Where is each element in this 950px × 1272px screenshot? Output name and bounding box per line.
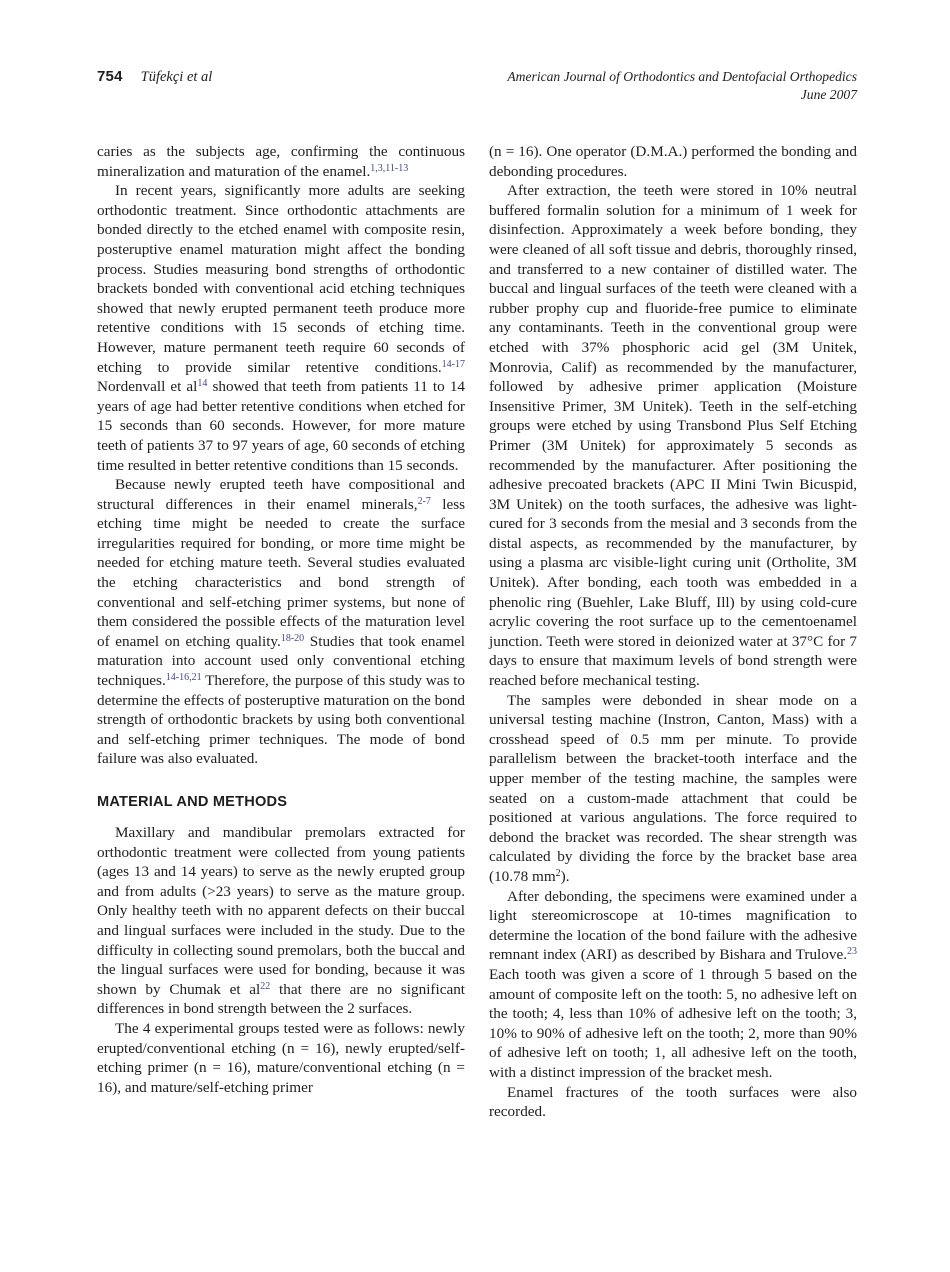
paragraph: In recent years, significantly more adul… bbox=[97, 181, 465, 475]
running-head-left: 754 Tüfekçi et al bbox=[97, 68, 212, 86]
page-number: 754 bbox=[97, 68, 123, 85]
superscript: 2 bbox=[556, 868, 561, 879]
paragraph: (n = 16). One operator (D.M.A.) performe… bbox=[489, 142, 857, 181]
column-right: (n = 16). One operator (D.M.A.) performe… bbox=[489, 142, 857, 1122]
paragraph: The 4 experimental groups tested were as… bbox=[97, 1019, 465, 1097]
section-heading: MATERIAL AND METHODS bbox=[97, 794, 465, 810]
paragraph: Maxillary and mandibular premolars extra… bbox=[97, 823, 465, 1019]
journal-page: 754 Tüfekçi et al American Journal of Or… bbox=[0, 0, 950, 1272]
running-head-right: American Journal of Orthodontics and Den… bbox=[507, 68, 857, 103]
citation-link[interactable]: 18-20 bbox=[281, 633, 304, 644]
issue-date: June 2007 bbox=[507, 86, 857, 104]
column-left: caries as the subjects age, confirming t… bbox=[97, 142, 465, 1122]
citation-link[interactable]: 2-7 bbox=[418, 496, 431, 507]
citation-link[interactable]: 23 bbox=[847, 946, 857, 957]
paragraph: After extraction, the teeth were stored … bbox=[489, 181, 857, 690]
paragraph: Because newly erupted teeth have composi… bbox=[97, 475, 465, 769]
paragraph: Enamel fractures of the tooth surfaces w… bbox=[489, 1083, 857, 1122]
citation-link[interactable]: 1,3,11-13 bbox=[370, 163, 408, 174]
paragraph: The samples were debonded in shear mode … bbox=[489, 691, 857, 887]
citation-link[interactable]: 14-17 bbox=[442, 359, 465, 370]
paragraph: After debonding, the specimens were exam… bbox=[489, 887, 857, 1083]
citation-link[interactable]: 14-16,21 bbox=[166, 672, 202, 683]
page-header: 754 Tüfekçi et al American Journal of Or… bbox=[97, 68, 857, 103]
paragraph: caries as the subjects age, confirming t… bbox=[97, 142, 465, 181]
journal-title: American Journal of Orthodontics and Den… bbox=[507, 68, 857, 86]
citation-link[interactable]: 14 bbox=[197, 378, 207, 389]
two-column-body: caries as the subjects age, confirming t… bbox=[97, 142, 857, 1122]
citation-link[interactable]: 22 bbox=[260, 981, 270, 992]
running-authors: Tüfekçi et al bbox=[141, 69, 213, 85]
